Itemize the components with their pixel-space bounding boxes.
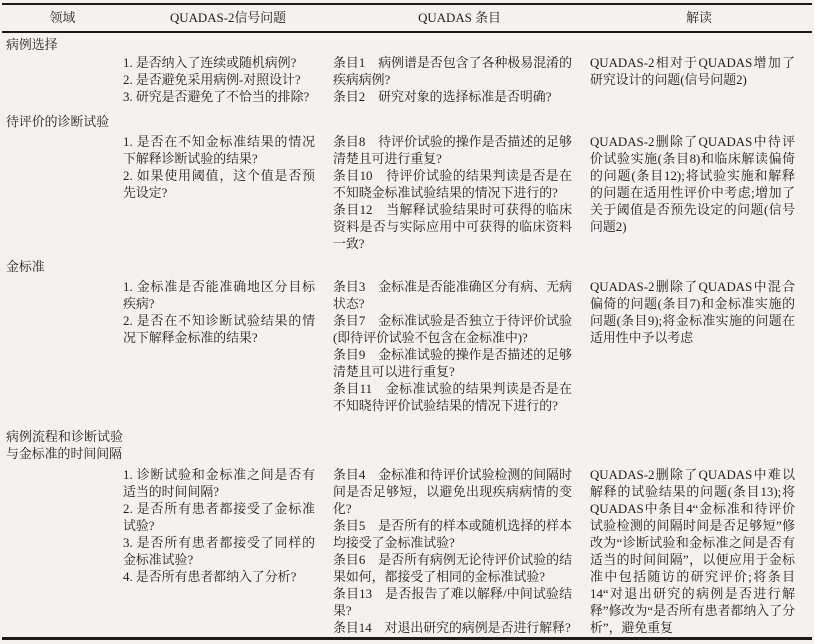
quadas-items-cell: 条目3 金标准是否能准确区分有病、无病状态? 条目7 金标准试验是否独立于待评价… (333, 259, 586, 415)
header-quadas2-signal-questions: QUADAS-2信号问题 (123, 10, 333, 27)
interpretation-text: QUADAS-2删除了QUADAS中待评价试验实施(条目8)和临床解读偏倚的问题… (590, 134, 795, 236)
signal-questions-cell: 1. 金标准是否能准确地区分目标疾病? 2. 是否在不知诊断试验结果的情况下解释… (123, 259, 333, 415)
interpretation-cell: QUADAS-2删除了QUADAS中混合偏倚的问题(条目7)和金标准实施的问题(… (586, 259, 812, 415)
signal-question: 2. 是否所有患者都接受了金标准试验? (123, 501, 315, 535)
table-row-flow-and-timing: 病例流程和诊断试验与金标准的时间间隔 1. 诊断试验和金标准之间是否有适当的时间… (2, 429, 812, 637)
signal-question: 3. 研究是否避免了不恰当的排除? (123, 89, 315, 106)
signal-question: 2. 如果使用阈值，这个值是否预先设定? (123, 168, 315, 202)
signal-questions-cell: 1. 是否纳入了连续或随机病例? 2. 是否避免采用病例-对照设计? 3. 研究… (123, 37, 333, 106)
interpretation-cell: QUADAS-2删除了QUADAS中难以解释的试验结果的问题(条目13);将QU… (586, 429, 812, 637)
signal-question: 3. 是否所有患者都接受了同样的金标准试验? (123, 535, 315, 569)
interpretation-cell: QUADAS-2相对于QUADAS增加了研究设计的问题(信号问题2) (586, 37, 812, 106)
quadas-item: 条目10 待评价试验的结果判读是否是在不知晓金标准试验结果的情况下进行的? (333, 168, 572, 202)
quadas-item: 条目13 是否报告了难以解释/中间试验结果? (333, 586, 572, 620)
table-row-case-selection: 病例选择 1. 是否纳入了连续或随机病例? 2. 是否避免采用病例-对照设计? … (2, 37, 812, 106)
quadas-item: 条目4 金标准和待评价试验检测的间隔时间是否足够短，以避免出现疾病病情的变化? (333, 467, 572, 518)
quadas-item: 条目6 是否所有病例无论待评价试验的结果如何，都接受了相同的金标准试验? (333, 552, 572, 586)
table-row-reference-standard: 金标准 1. 金标准是否能准确地区分目标疾病? 2. 是否在不知诊断试验结果的情… (2, 259, 812, 415)
table-body: 病例选择 1. 是否纳入了连续或随机病例? 2. 是否避免采用病例-对照设计? … (2, 33, 812, 637)
interpretation-text: QUADAS-2删除了QUADAS中混合偏倚的问题(条目7)和金标准实施的问题(… (590, 279, 795, 347)
domain-cell: 待评价的诊断试验 (2, 114, 123, 253)
paper-table-page: { "header": { "columns": ["领域", "QUADAS-… (0, 0, 814, 644)
quadas-items-cell: 条目8 待评价试验的操作是否描述的足够清楚且可进行重复? 条目10 待评价试验的… (333, 114, 586, 253)
interpretation-cell: QUADAS-2删除了QUADAS中待评价试验实施(条目8)和临床解读偏倚的问题… (586, 114, 812, 253)
header-domain: 领域 (2, 10, 123, 27)
signal-questions-cell: 1. 是否在不知金标准结果的情况下解释诊断试验的结果? 2. 如果使用阈值，这个… (123, 114, 333, 253)
signal-question: 1. 是否纳入了连续或随机病例? (123, 55, 315, 72)
interpretation-text: QUADAS-2删除了QUADAS中难以解释的试验结果的问题(条目13);将QU… (590, 467, 795, 637)
quadas-items-cell: 条目1 病例谱是否包含了各种极易混淆的疾病病例? 条目2 研究对象的选择标准是否… (333, 37, 586, 106)
quadas-item: 条目9 金标准试验的操作是否描述的足够清楚且可以进行重复? (333, 347, 572, 381)
quadas-items-cell: 条目4 金标准和待评价试验检测的间隔时间是否足够短，以避免出现疾病病情的变化? … (333, 429, 586, 637)
domain-cell: 病例流程和诊断试验与金标准的时间间隔 (2, 429, 123, 637)
interpretation-text: QUADAS-2相对于QUADAS增加了研究设计的问题(信号问题2) (590, 55, 795, 89)
quadas-item: 条目11 金标准试验的结果判读是否是在不知晓待评价试验结果的情况下进行的? (333, 381, 572, 415)
quadas-item: 条目2 研究对象的选择标准是否明确? (333, 89, 572, 106)
signal-question: 1. 是否在不知金标准结果的情况下解释诊断试验的结果? (123, 134, 315, 168)
header-quadas-items: QUADAS 条目 (333, 10, 586, 27)
domain-cell: 金标准 (2, 259, 123, 415)
header-row: 领域 QUADAS-2信号问题 QUADAS 条目 解读 (2, 5, 812, 33)
table-row-index-test: 待评价的诊断试验 1. 是否在不知金标准结果的情况下解释诊断试验的结果? 2. … (2, 114, 812, 253)
signal-questions-cell: 1. 诊断试验和金标准之间是否有适当的时间间隔? 2. 是否所有患者都接受了金标… (123, 429, 333, 637)
signal-question: 2. 是否在不知诊断试验结果的情况下解释金标准的结果? (123, 313, 315, 347)
quadas-item: 条目14 对退出研究的病例是否进行解释? (333, 620, 572, 637)
quadas-item: 条目12 当解释试验结果时可获得的临床资料是否与实际应用中可获得的临床资料一致? (333, 202, 572, 253)
signal-question: 1. 诊断试验和金标准之间是否有适当的时间间隔? (123, 467, 315, 501)
quadas-item: 条目5 是否所有的样本或随机选择的样本均接受了金标准试验? (333, 518, 572, 552)
quadas-item: 条目1 病例谱是否包含了各种极易混淆的疾病病例? (333, 55, 572, 89)
quadas-item: 条目3 金标准是否能准确区分有病、无病状态? (333, 279, 572, 313)
signal-question: 1. 金标准是否能准确地区分目标疾病? (123, 279, 315, 313)
header-interpretation: 解读 (586, 10, 812, 27)
signal-question: 4. 是否所有患者都纳入了分析? (123, 569, 315, 586)
table-bottom-border (2, 637, 812, 640)
domain-cell: 病例选择 (2, 37, 123, 106)
quadas-item: 条目7 金标准试验是否独立于待评价试验(即待评价试验不包含在金标准中)? (333, 313, 572, 347)
quadas-item: 条目8 待评价试验的操作是否描述的足够清楚且可进行重复? (333, 134, 572, 168)
signal-question: 2. 是否避免采用病例-对照设计? (123, 72, 315, 89)
comparison-table: 领域 QUADAS-2信号问题 QUADAS 条目 解读 病例选择 1. 是否纳… (2, 3, 812, 637)
